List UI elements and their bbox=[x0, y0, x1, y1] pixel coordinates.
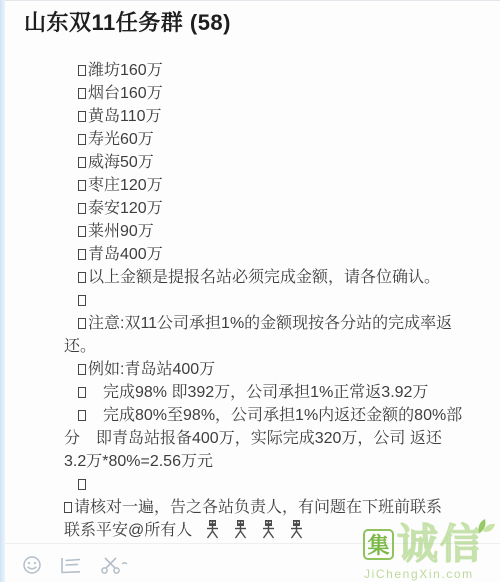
message-line: 注意:双11公司承担1%的金额现按各分站的完成率返 bbox=[64, 312, 496, 335]
message-line bbox=[64, 473, 496, 496]
missing-glyph-box bbox=[78, 318, 86, 329]
message-line-text: 泰安120万 bbox=[88, 200, 163, 217]
site-watermark: 集 诚信 JiChengXin.com bbox=[363, 522, 495, 580]
missing-glyph-box bbox=[78, 295, 86, 306]
message-lines: 潍坊160万烟台160万黄岛110万寿光60万威海50万枣庄120万泰安120万… bbox=[64, 59, 496, 542]
watermark-logo-box: 集 bbox=[363, 529, 394, 560]
missing-glyph-box bbox=[78, 111, 86, 122]
message-line: 威海50万 bbox=[64, 151, 496, 174]
message-line-text: 枣庄120万 bbox=[88, 177, 163, 194]
missing-glyph-box bbox=[78, 249, 86, 260]
message-line-text: 3.2万*80%=2.56万元 bbox=[64, 453, 213, 470]
window-top-border bbox=[0, 0, 500, 1]
message-line: 泰安120万 bbox=[64, 197, 496, 220]
figure-emoji-fallback-glyph-icon bbox=[289, 519, 304, 540]
missing-glyph-box bbox=[78, 88, 86, 99]
message-line-text: 完成80%至98%，公司承担1%内返还金额的80%部 bbox=[103, 407, 462, 424]
missing-glyph-box bbox=[78, 410, 86, 421]
watermark-domain-text: JiChengXin.com bbox=[363, 567, 495, 581]
message-line-text: 青岛400万 bbox=[88, 246, 163, 263]
message-line: 枣庄120万 bbox=[64, 174, 496, 197]
message-line: 烟台160万 bbox=[64, 82, 496, 105]
message-line: 完成80%至98%，公司承担1%内返还金额的80%部 bbox=[64, 404, 496, 427]
message-line bbox=[64, 289, 496, 312]
missing-glyph-box bbox=[78, 157, 86, 168]
message-line: 分 即青岛站报备400万，实际完成320万，公司 返还 bbox=[64, 427, 496, 450]
message-line: 寿光60万 bbox=[64, 128, 496, 151]
window-left-edge bbox=[0, 0, 5, 582]
message-line: 请核对一遍，告之各站负责人，有问题在下班前联系 bbox=[64, 496, 496, 519]
screenshot-scissors-icon[interactable] bbox=[100, 556, 130, 575]
message-line-text: 联系平安@所有人 bbox=[64, 522, 192, 539]
chat-input-toolbar bbox=[22, 555, 130, 575]
message-line: 例如:青岛站400万 bbox=[64, 358, 496, 381]
message-line-text: 寿光60万 bbox=[88, 131, 154, 148]
missing-glyph-box bbox=[64, 502, 72, 513]
message-line: 3.2万*80%=2.56万元 bbox=[64, 450, 496, 473]
message-line: 青岛400万 bbox=[64, 243, 496, 266]
missing-glyph-box bbox=[78, 65, 86, 76]
message-line-text: 还。 bbox=[64, 338, 96, 355]
watermark-logo-row: 集 诚信 bbox=[363, 522, 495, 566]
figure-emoji-fallback-glyph-icon bbox=[233, 519, 248, 540]
message-line-text: 莱州90万 bbox=[88, 223, 154, 240]
missing-glyph-box bbox=[78, 479, 86, 490]
message-line: 还。 bbox=[64, 335, 496, 358]
missing-glyph-box bbox=[78, 387, 86, 398]
message-line-text: 分 即青岛站报备400万，实际完成320万，公司 返还 bbox=[64, 430, 442, 447]
message-line-text: 完成98% 即392万，公司承担1%正常返3.92万 bbox=[103, 384, 428, 401]
missing-glyph-box bbox=[78, 364, 86, 375]
missing-glyph-box bbox=[78, 203, 86, 214]
message-line-text: 以上金额是提报名站必须完成金额，请各位确认。 bbox=[88, 269, 440, 286]
message-line-text: 请核对一遍，告之各站负责人，有问题在下班前联系 bbox=[74, 499, 442, 516]
missing-glyph-box bbox=[78, 272, 86, 283]
message-line: 以上金额是提报名站必须完成金额，请各位确认。 bbox=[64, 266, 496, 289]
message-line-text: 烟台160万 bbox=[88, 85, 163, 102]
message-line: 黄岛110万 bbox=[64, 105, 496, 128]
message-line-text: 黄岛110万 bbox=[88, 108, 162, 125]
missing-glyph-box bbox=[78, 134, 86, 145]
missing-glyph-box bbox=[78, 180, 86, 191]
message-line-text: 注意:双11公司承担1%的金额现按各分站的完成率返 bbox=[88, 315, 452, 332]
message-line-text: 威海50万 bbox=[88, 154, 154, 171]
message-line: 莱州90万 bbox=[64, 220, 496, 243]
group-chat-title: 山东双11任务群 (58) bbox=[24, 6, 231, 37]
missing-glyph-box bbox=[78, 226, 86, 237]
chat-history-icon[interactable] bbox=[59, 556, 83, 575]
figure-emoji-fallback-glyph-icon bbox=[261, 519, 276, 540]
figure-emoji-fallback-glyph-icon bbox=[205, 519, 220, 540]
message-line-text: 潍坊160万 bbox=[88, 62, 163, 79]
message-line: 潍坊160万 bbox=[64, 59, 496, 82]
message-line: 完成98% 即392万，公司承担1%正常返3.92万 bbox=[64, 381, 496, 404]
leaf-icon bbox=[469, 515, 499, 537]
emoji-smiley-icon[interactable] bbox=[22, 555, 42, 575]
message-line-text: 例如:青岛站400万 bbox=[88, 361, 215, 378]
